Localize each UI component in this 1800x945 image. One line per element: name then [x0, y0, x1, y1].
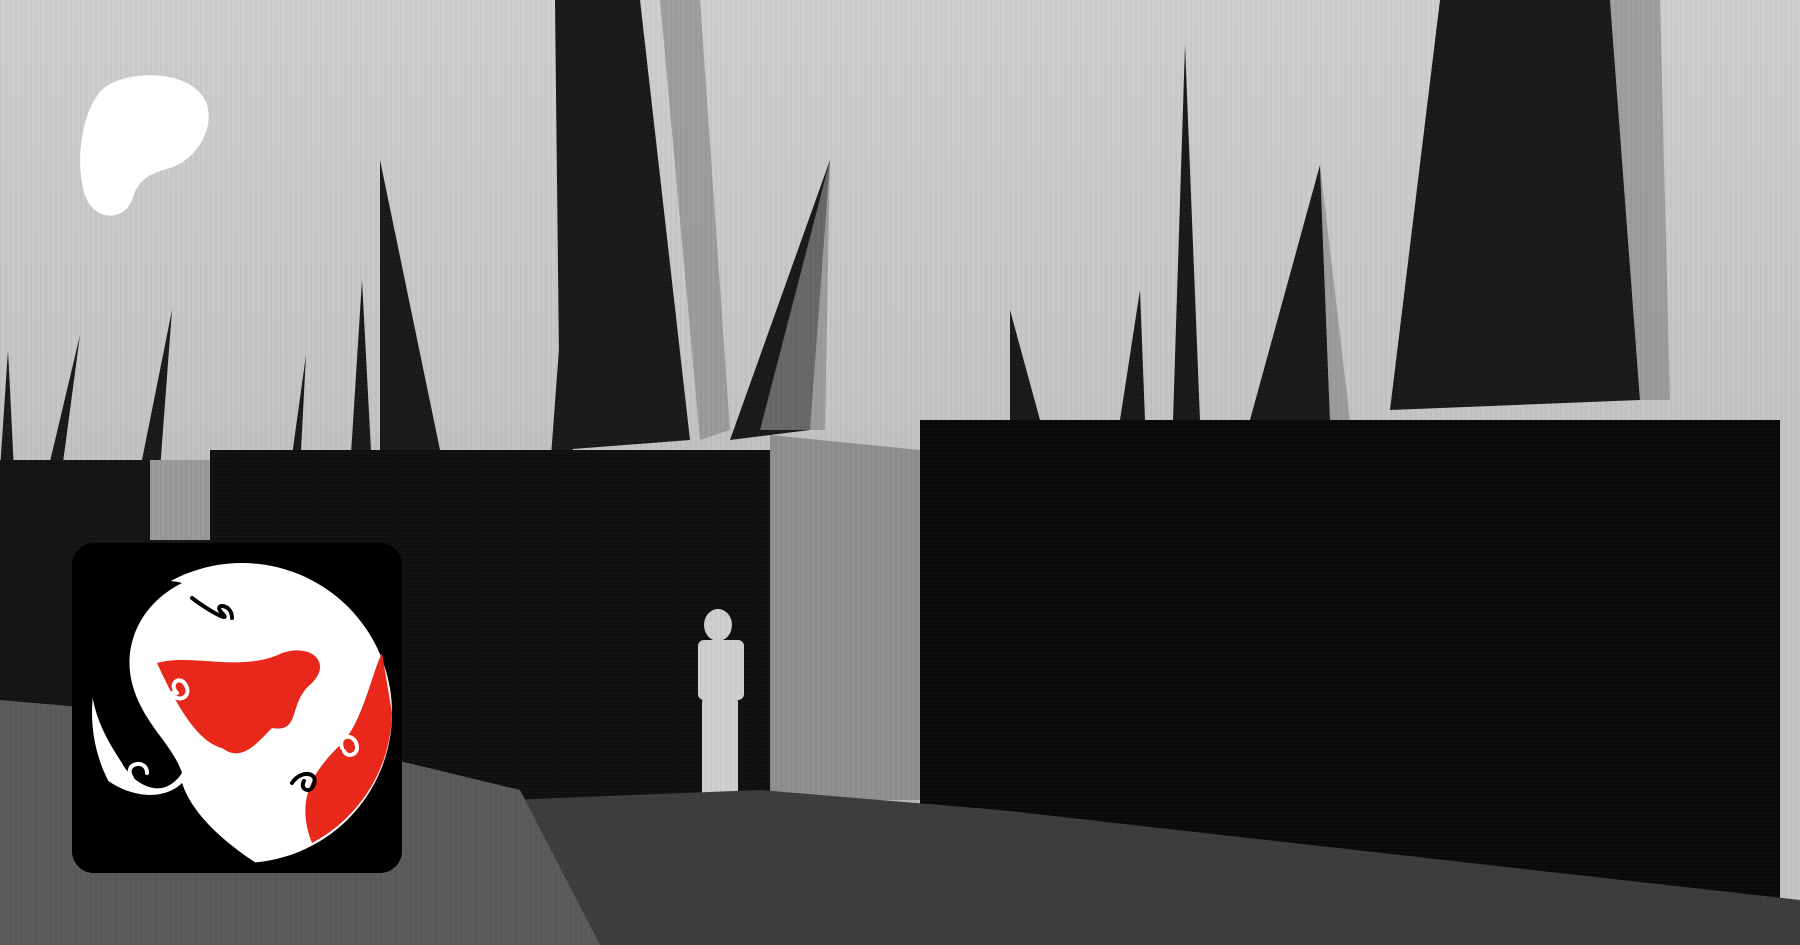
creator-avatar-image: [72, 543, 402, 873]
patreon-logo-icon[interactable]: [78, 72, 210, 217]
creator-avatar[interactable]: [72, 543, 402, 873]
